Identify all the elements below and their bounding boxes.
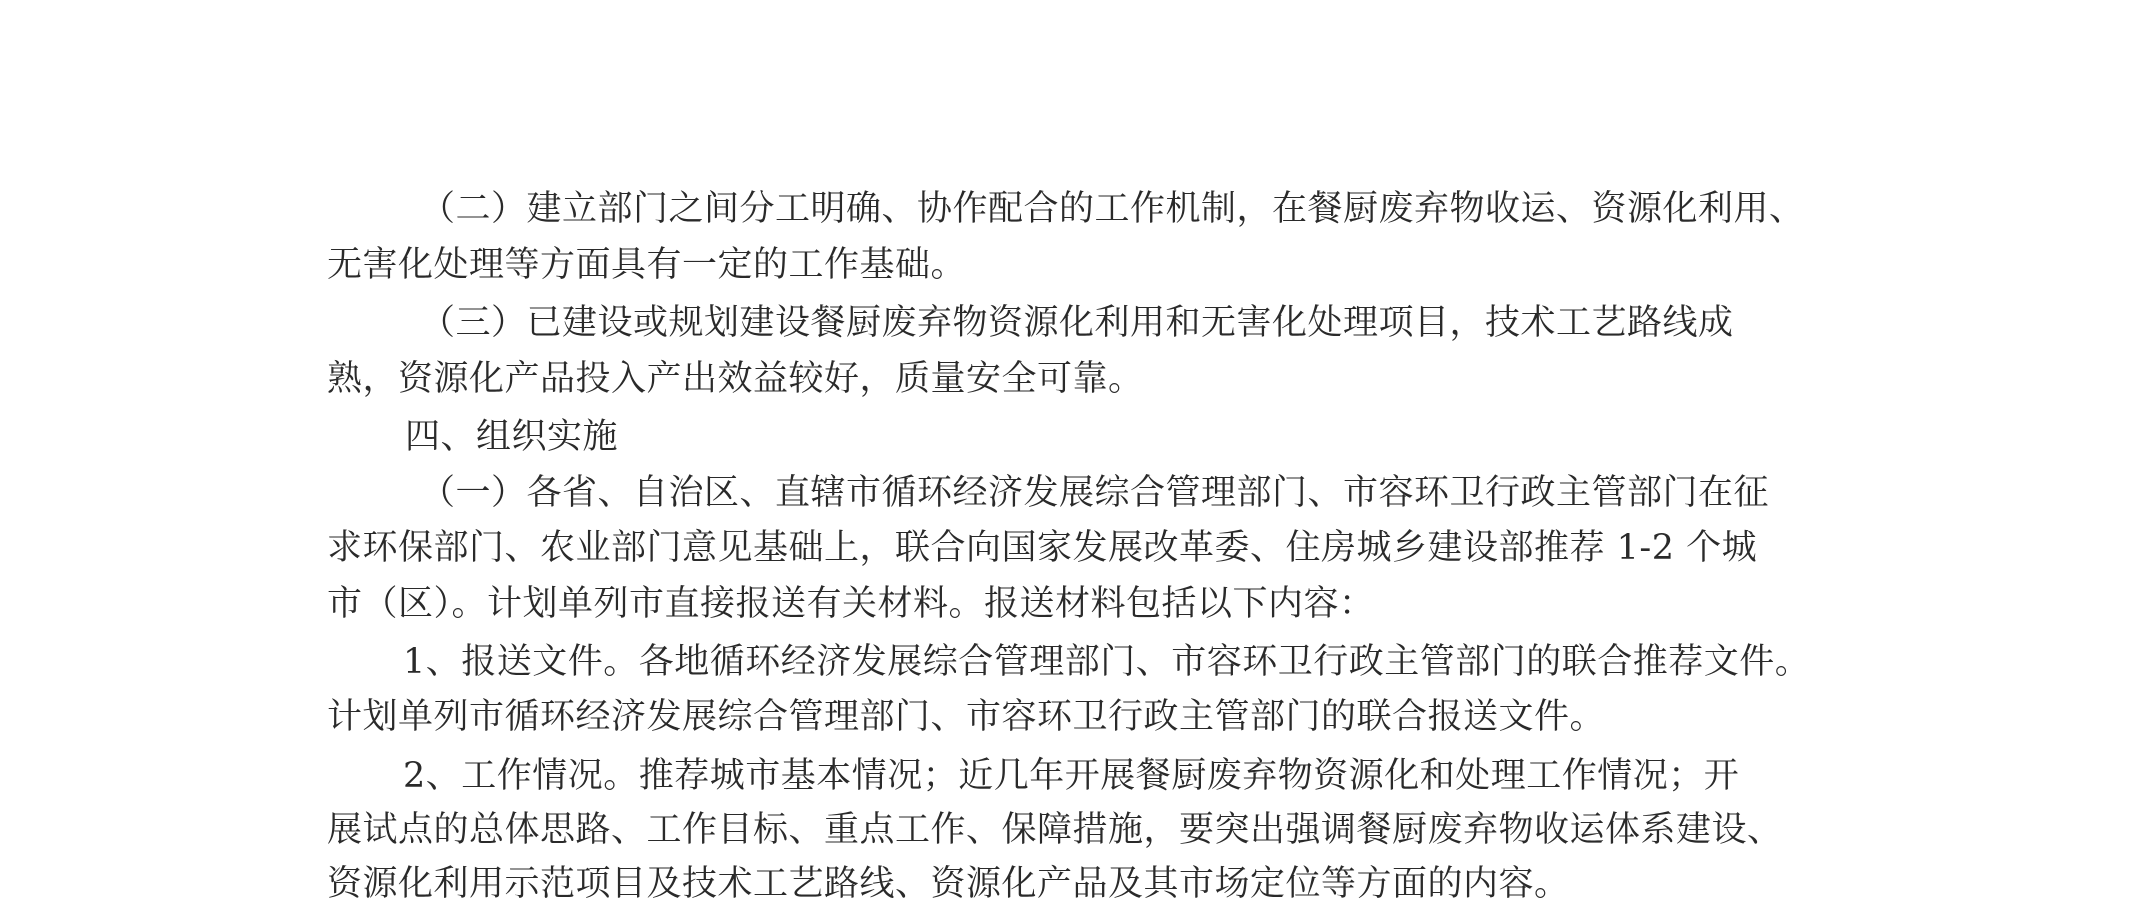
- paragraph-4-1-line-1: （一）各省、自治区、直辖市循环经济发展综合管理部门、市容环卫行政主管部门在征: [420, 473, 1769, 513]
- paragraph-3-line-2: 熟，资源化产品投入产出效益较好，质量安全可靠。: [327, 359, 1144, 399]
- section-heading: 四、组织实施: [405, 417, 618, 457]
- document-page: （二）建立部门之间分工明确、协作配合的工作机制，在餐厨废弃物收运、资源化利用、 …: [0, 0, 2149, 900]
- item-2-line-1: 2、工作情况。推荐城市基本情况；近几年开展餐厨废弃物资源化和处理工作情况；开: [403, 756, 1739, 796]
- paragraph-4-1-line-2: 求环保部门、农业部门意见基础上，联合向国家发展改革委、住房城乡建设部推荐 1-2…: [327, 528, 1757, 568]
- paragraph-2-line-2: 无害化处理等方面具有一定的工作基础。: [327, 245, 966, 285]
- paragraph-3-line-1: （三）已建设或规划建设餐厨废弃物资源化利用和无害化处理项目，技术工艺路线成: [420, 303, 1734, 343]
- paragraph-2-line-1: （二）建立部门之间分工明确、协作配合的工作机制，在餐厨废弃物收运、资源化利用、: [420, 189, 1805, 229]
- item-1-line-2: 计划单列市循环经济发展综合管理部门、市容环卫行政主管部门的联合报送文件。: [327, 697, 1605, 737]
- item-2-line-2: 展试点的总体思路、工作目标、重点工作、保障措施，要突出强调餐厨废弃物收运体系建设…: [327, 810, 1783, 850]
- paragraph-4-1-line-3: 市（区）。计划单列市直接报送有关材料。报送材料包括以下内容：: [327, 584, 1375, 624]
- item-2-line-3: 资源化利用示范项目及技术工艺路线、资源化产品及其市场定位等方面的内容。: [327, 864, 1570, 900]
- item-1-line-1: 1、报送文件。各地循环经济发展综合管理部门、市容环卫行政主管部门的联合推荐文件。: [403, 642, 1810, 682]
